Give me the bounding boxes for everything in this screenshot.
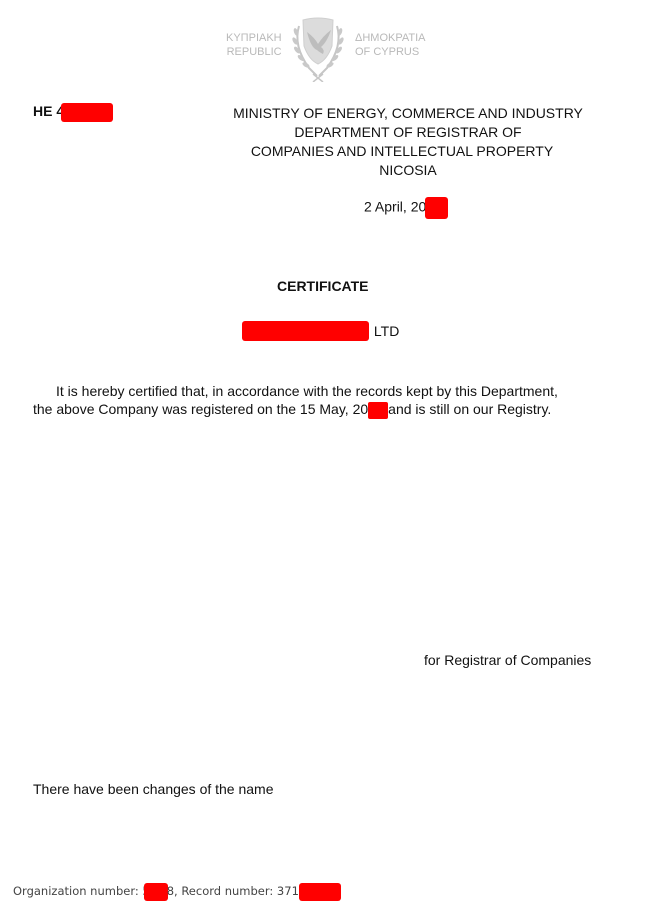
signature-line: for Registrar of Companies: [424, 651, 591, 670]
certificate-title: CERTIFICATE: [277, 277, 369, 296]
footer-numbers: Organization number: 58, Record number: …: [13, 882, 341, 901]
reference-prefix: HE 4: [33, 103, 64, 119]
redaction-block: [144, 883, 168, 901]
name-change-note: There have been changes of the name: [33, 780, 274, 799]
company-suffix: LTD: [374, 323, 399, 339]
cyprus-coat-of-arms-icon: [287, 16, 349, 82]
redaction-block: [368, 402, 388, 419]
department-line: DEPARTMENT OF REGISTRAR OF: [232, 123, 584, 142]
date-prefix: 2 April, 20: [364, 199, 426, 215]
ministry-line: MINISTRY OF ENERGY, COMMERCE AND INDUSTR…: [232, 104, 584, 123]
statement-line-1: It is hereby certified that, in accordan…: [56, 382, 558, 401]
crest-english-cyprus: OF CYPRUS: [355, 45, 426, 59]
crest-greek-republic: ΚΥΠΡΙΑΚΗ: [226, 31, 282, 45]
company-name: LTD: [242, 321, 399, 341]
redaction-block: [425, 197, 448, 219]
crest-left-text: ΚΥΠΡΙΑΚΗ REPUBLIC: [226, 31, 282, 59]
crest-right-text: ΔΗΜΟΚΡΑΤΙΑ OF CYPRUS: [355, 31, 426, 59]
redaction-block: [242, 321, 369, 341]
issue-date: 2 April, 20: [364, 197, 448, 219]
organization-number-label: Organization number: 5: [13, 884, 150, 898]
crest-english-republic: REPUBLIC: [226, 45, 282, 59]
authority-heading: MINISTRY OF ENERGY, COMMERCE AND INDUSTR…: [232, 104, 584, 180]
record-number-label: 8, Record number: 371: [167, 884, 299, 898]
redaction-block: [299, 883, 341, 901]
reference-number: HE 4: [33, 102, 113, 122]
statement-line-2: the above Company was registered on the …: [33, 400, 551, 419]
city-line: NICOSIA: [232, 161, 584, 180]
crest-greek-democracy: ΔΗΜΟΚΡΑΤΙΑ: [355, 31, 426, 45]
redaction-block: [61, 103, 113, 122]
companies-line: COMPANIES AND INTELLECTUAL PROPERTY: [220, 142, 584, 161]
